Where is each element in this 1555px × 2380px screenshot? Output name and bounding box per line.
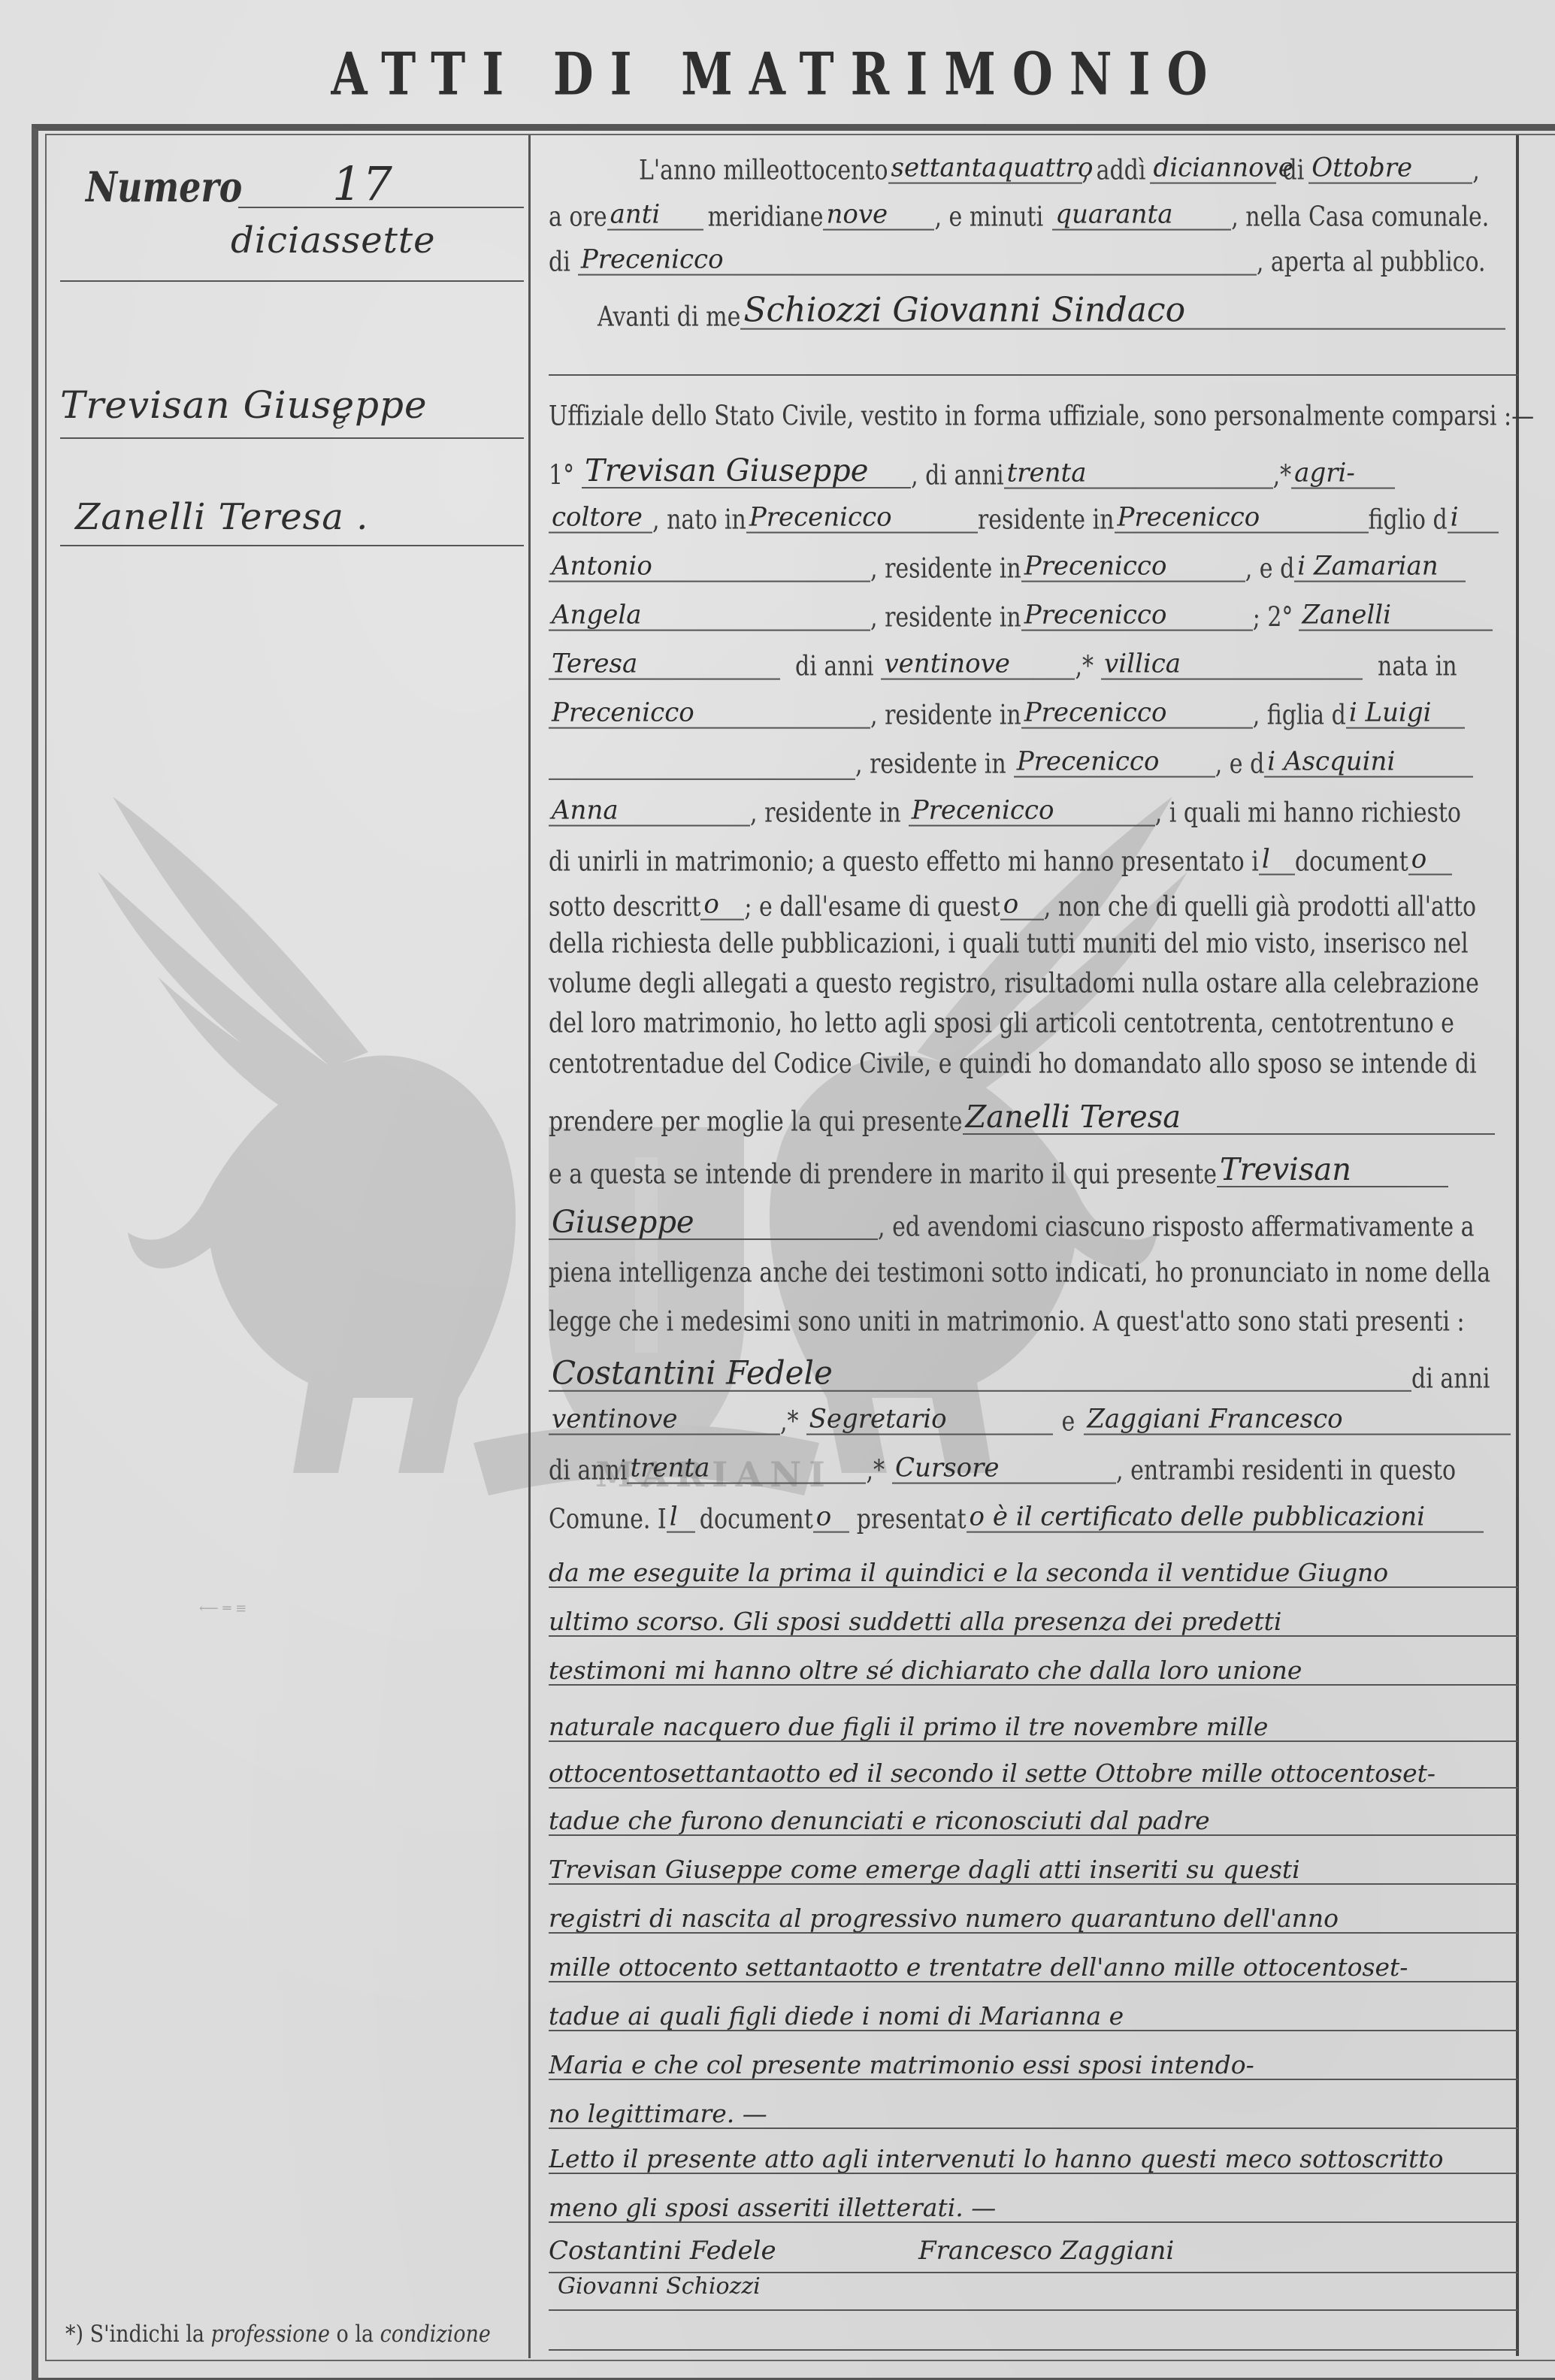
signature-witness2: Francesco Zaggiani: [918, 2236, 1174, 2266]
bride-birthplace-field: Precenicco: [549, 700, 870, 728]
annotation-line: ottocentosettantaotto ed il secondo il s…: [549, 1760, 1518, 1789]
margin-bride-line: [60, 545, 524, 546]
day-field: diciannove: [1150, 155, 1276, 183]
act-place-line: di Precenicco , aperta al pubblico.: [549, 243, 1518, 277]
groom-residence-field: Precenicco: [1115, 504, 1369, 533]
stray-marks: ⟵ ═ ≡: [199, 1601, 247, 1616]
signature-witness1: Costantini Fedele: [549, 2236, 776, 2266]
annotation-line: testimoni mi hanno oltre sé dichiarato c…: [549, 1657, 1518, 1686]
act-number-words: diciassette: [231, 219, 436, 262]
signature-officer: Giovanni Schiozzi: [558, 2273, 761, 2300]
annotation-line: da me eseguite la prima il quindici e la…: [549, 1559, 1518, 1588]
act-date-line: L'anno milleottocento settantaquattro , …: [549, 152, 1518, 186]
bride-line-3: , residente in Precenicco , e d i Ascqui…: [549, 745, 1518, 779]
annotation-line: tadue che furono denunciati e riconosciu…: [549, 1807, 1518, 1836]
month-field: Ottobre: [1308, 155, 1472, 183]
groom-father-residence-field: Precenicco: [1021, 553, 1245, 582]
body-line-3: della richiesta delle pubblicazioni, i q…: [549, 928, 1518, 960]
witness1-line: Costantini Fedele di anni: [549, 1353, 1518, 1395]
signature-line-2: [549, 2309, 1518, 2311]
husband-line: e a questa se intende di prendere in mar…: [549, 1151, 1518, 1190]
ampm-field: anti: [607, 201, 703, 230]
wife-name-field: Zanelli Teresa: [963, 1101, 1495, 1135]
numero-words-line: [60, 280, 524, 282]
page-title: ATTI DI MATRIMONIO: [0, 40, 1555, 108]
groom-age-field: trenta: [1004, 460, 1273, 488]
groom-line-4: Angela , residente in Precenicco ; 2° Za…: [549, 599, 1518, 633]
groom-line-3: Antonio , residente in Precenicco , e d …: [549, 550, 1518, 584]
margin-groom-line: [60, 437, 524, 439]
officer-line: Avanti di me Schiozzi Giovanni Sindaco: [549, 289, 1518, 333]
body-line-4: volume degli allegati a questo registro,…: [549, 968, 1518, 999]
minutes-field: quaranta: [1052, 201, 1231, 230]
numero-line: [238, 207, 524, 208]
place-field: Precenicco: [578, 246, 1257, 275]
body-line-5: del loro matrimonio, ho letto agli sposi…: [549, 1008, 1518, 1039]
witness2-line: di anni trenta ,* Cursore , entrambi res…: [549, 1452, 1518, 1486]
groom-line-1: 1° Trevisan Giuseppe , di anni trenta ,*…: [549, 452, 1518, 491]
act-time-line: a ore anti meridiane nove , e minuti qua…: [549, 198, 1518, 232]
margin-bride-name: Zanelli Teresa .: [75, 496, 368, 538]
annotation-line: mille ottocento settantaotto e trentatre…: [549, 1954, 1518, 1982]
annotation-line: naturale nacquero due figli il primo il …: [549, 1713, 1518, 1742]
body-line-2: sotto descritt o ; e dall'esame di quest…: [549, 888, 1518, 922]
annotation-line: meno gli sposi asseriti illetterati. —: [549, 2194, 1518, 2223]
signature-line-3: [549, 2349, 1518, 2351]
husband-name-field: Trevisan: [1217, 1154, 1448, 1187]
witness1-line-2: ventinove ,* Segretario e Zaggiani Franc…: [549, 1403, 1518, 1437]
annotation-line: Trevisan Giuseppe come emerge dagli atti…: [549, 1856, 1518, 1885]
body2-line-1: piena intelligenza anche dei testimoni s…: [549, 1257, 1518, 1289]
witness1-age-field: ventinove: [549, 1406, 780, 1435]
witness1-profession-field: Segretario: [806, 1406, 1053, 1435]
act-body-column: L'anno milleottocento settantaquattro , …: [535, 135, 1514, 2358]
hour-field: nove: [823, 201, 934, 230]
bride-mother-residence-field: Precenicco: [909, 797, 1155, 826]
officer-continuation-line: [549, 374, 1518, 376]
column-divider: [528, 135, 531, 2358]
annotation-line: Letto il presente atto agli intervenuti …: [549, 2146, 1518, 2174]
groom-line-2: coltore , nato in Precenicco residente i…: [549, 501, 1518, 535]
groom-name-field: Trevisan Giuseppe: [582, 455, 911, 488]
margin-conjunction: e: [332, 406, 347, 434]
bride-father-residence-field: Precenicco: [1014, 748, 1215, 777]
numero-label: Numero: [86, 163, 242, 212]
annotation-line: registri di nascita al progressivo numer…: [549, 1905, 1518, 1934]
body2-line-2: legge che i medesimi sono uniti in matri…: [549, 1306, 1518, 1338]
witness2-name-field: Zaggiani Francesco: [1084, 1406, 1511, 1435]
annotation-line: tadue ai quali figli diede i nomi di Mar…: [549, 2003, 1518, 2031]
left-margin-column: Numero 17 diciassette Trevisan Giuseppe …: [47, 135, 528, 2358]
witness2-age-field: trenta: [627, 1455, 866, 1483]
bride-age-field: ventinove: [881, 651, 1075, 679]
wife-line: prendere per moglie la qui presente Zane…: [549, 1098, 1518, 1138]
groom-mother-residence-field: Precenicco: [1021, 602, 1253, 631]
margin-groom-name: Trevisan Giuseppe: [60, 383, 428, 427]
body-line-6: centotrentadue del Codice Civile, e quin…: [549, 1048, 1518, 1080]
officer-title-line: Uffiziale dello Stato Civile, vestito in…: [549, 401, 1518, 432]
footnote: *) S'indichi la professione o la condizi…: [65, 2321, 491, 2348]
groom-mother-field: i Zamarian: [1294, 553, 1466, 582]
witness2-profession-field: Cursore: [892, 1455, 1116, 1483]
annotation-line: Maria e che col presente matrimonio essi…: [549, 2052, 1518, 2080]
bride-line-2: Precenicco , residente in Precenicco , f…: [549, 697, 1518, 730]
bride-mother-field: i Ascquini: [1264, 748, 1473, 777]
bride-father-field: i Luigi: [1346, 700, 1465, 728]
officer-field: Schiozzi Giovanni Sindaco: [740, 293, 1505, 330]
witness1-name-field: Costantini Fedele: [549, 1356, 1411, 1392]
year-field: settantaquattro: [888, 155, 1082, 183]
body-line-1: di unirli in matrimonio; a questo effett…: [549, 843, 1518, 877]
annotation-line: ultimo scorso. Gli sposi suddetti alla p…: [549, 1608, 1518, 1637]
groom-father-field: Antonio: [549, 553, 870, 582]
bride-profession-field: villica: [1101, 651, 1363, 679]
husband-line-2: Giuseppe , ed avendomi ciascuno risposto…: [549, 1203, 1518, 1243]
groom-birthplace-field: Precenicco: [746, 504, 978, 533]
bride-residence-field: Precenicco: [1021, 700, 1253, 728]
act-number: 17: [332, 156, 393, 211]
documents-line: Comune. I l document o presentat o è il …: [549, 1501, 1518, 1535]
documents-field: o è il certificato delle pubblicazioni: [967, 1504, 1484, 1532]
annotation-line: no legittimare. —: [549, 2100, 1518, 2129]
bride-line-4: Anna , residente in Precenicco , i quali…: [549, 794, 1518, 828]
bride-line-1: Teresa di anni ventinove ,* villica nata…: [549, 648, 1518, 682]
groom-profession-field: agri-: [1291, 460, 1395, 488]
bride-name-field: Zanelli: [1299, 602, 1493, 631]
